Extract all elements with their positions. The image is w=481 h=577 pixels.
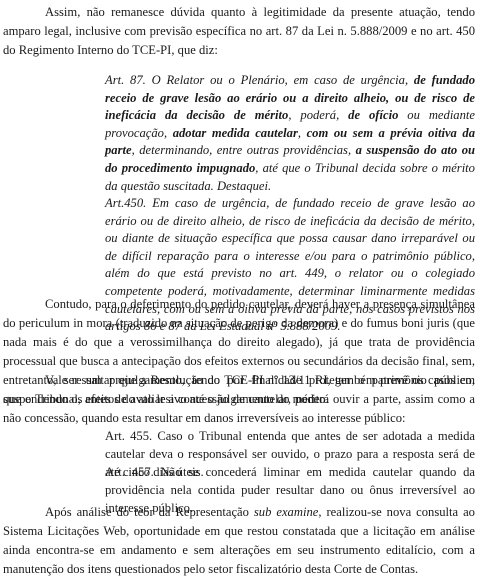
quote-emphasis: adotar medida cautelar xyxy=(173,126,298,140)
quote-text: , xyxy=(298,126,307,140)
quote-text: , determinando, entre outras providência… xyxy=(132,143,356,157)
quote-emphasis: de ofício xyxy=(348,108,398,122)
paragraph-text: Após análise do teor da Representação xyxy=(45,505,254,519)
quote-text: Art. 87. O Relator ou o Plenário, em cas… xyxy=(105,73,414,87)
paragraph-legitimacy: Assim, não remanesce dúvida quanto à leg… xyxy=(3,3,475,60)
quote-text: , poderá, xyxy=(288,108,348,122)
paragraph-analysis: Após análise do teor da Representação su… xyxy=(3,503,475,577)
quote-art-87: Art. 87. O Relator ou o Plenário, em cas… xyxy=(105,72,475,195)
paragraph-resolution: Vale ressaltar que a Resolução do TCE-PI… xyxy=(3,371,475,428)
latin-term: sub examine xyxy=(254,505,318,519)
